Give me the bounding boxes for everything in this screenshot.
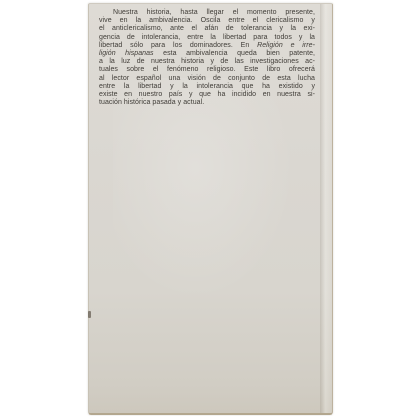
photo-background: Nuestra historia, hasta llegar el moment… [0, 0, 416, 416]
blurb-segment: gencia de intolerancia, entre la liberta… [99, 34, 315, 41]
blurb-line: gencia de intolerancia, entre la liberta… [99, 34, 315, 42]
cover-right-fold [320, 4, 332, 413]
blurb-italic-segment: Religión e irre- [257, 42, 315, 49]
blurb-line: entre la libertad y la intolerancia que … [99, 83, 315, 91]
blurb-segment: tuación histórica pasada y actual. [99, 99, 204, 106]
blurb-segment: al lector español una visión de conjunto… [99, 75, 315, 82]
blurb-line: el anticlericalismo, ante el afán de tol… [99, 25, 315, 33]
blurb-line: libertad sólo para los dominadores. En R… [99, 42, 315, 50]
blurb-line: tuales sobre el fenómeno religioso. Este… [99, 66, 315, 74]
blurb-line: al lector español una visión de conjunto… [99, 75, 315, 83]
blurb-segment: tuales sobre el fenómeno religioso. Este… [99, 66, 315, 73]
blurb-segment: el anticlericalismo, ante el afán de tol… [99, 25, 315, 32]
blurb-segment: a la luz de nuestra historia y de las in… [99, 58, 315, 65]
back-cover-blurb: Nuestra historia, hasta llegar el moment… [99, 9, 315, 107]
blurb-segment: Nuestra historia, hasta llegar el moment… [113, 9, 315, 16]
blurb-line: vive en la ambivalencia. Oscila entre el… [99, 17, 315, 25]
blurb-segment: libertad sólo para los dominadores. En [99, 42, 257, 49]
book-back-cover: Nuestra historia, hasta llegar el moment… [88, 3, 333, 415]
blurb-line: existe en nuestro país y que ha incidido… [99, 91, 315, 99]
cover-sheen [113, 78, 295, 303]
blurb-segment: entre la libertad y la intolerancia que … [99, 83, 315, 90]
blurb-line: a la luz de nuestra historia y de las in… [99, 58, 315, 66]
blurb-line: tuación histórica pasada y actual. [99, 99, 315, 107]
cover-edge-mark [88, 311, 91, 318]
blurb-segment: esta ambivalencia queda bien patente, [154, 50, 315, 57]
blurb-segment: vive en la ambivalencia. Oscila entre el… [99, 17, 315, 24]
blurb-line: ligión hispanas esta ambivalencia queda … [99, 50, 315, 58]
blurb-segment: existe en nuestro país y que ha incidido… [99, 91, 315, 98]
blurb-italic-segment: ligión hispanas [99, 50, 154, 57]
blurb-line: Nuestra historia, hasta llegar el moment… [99, 9, 315, 17]
